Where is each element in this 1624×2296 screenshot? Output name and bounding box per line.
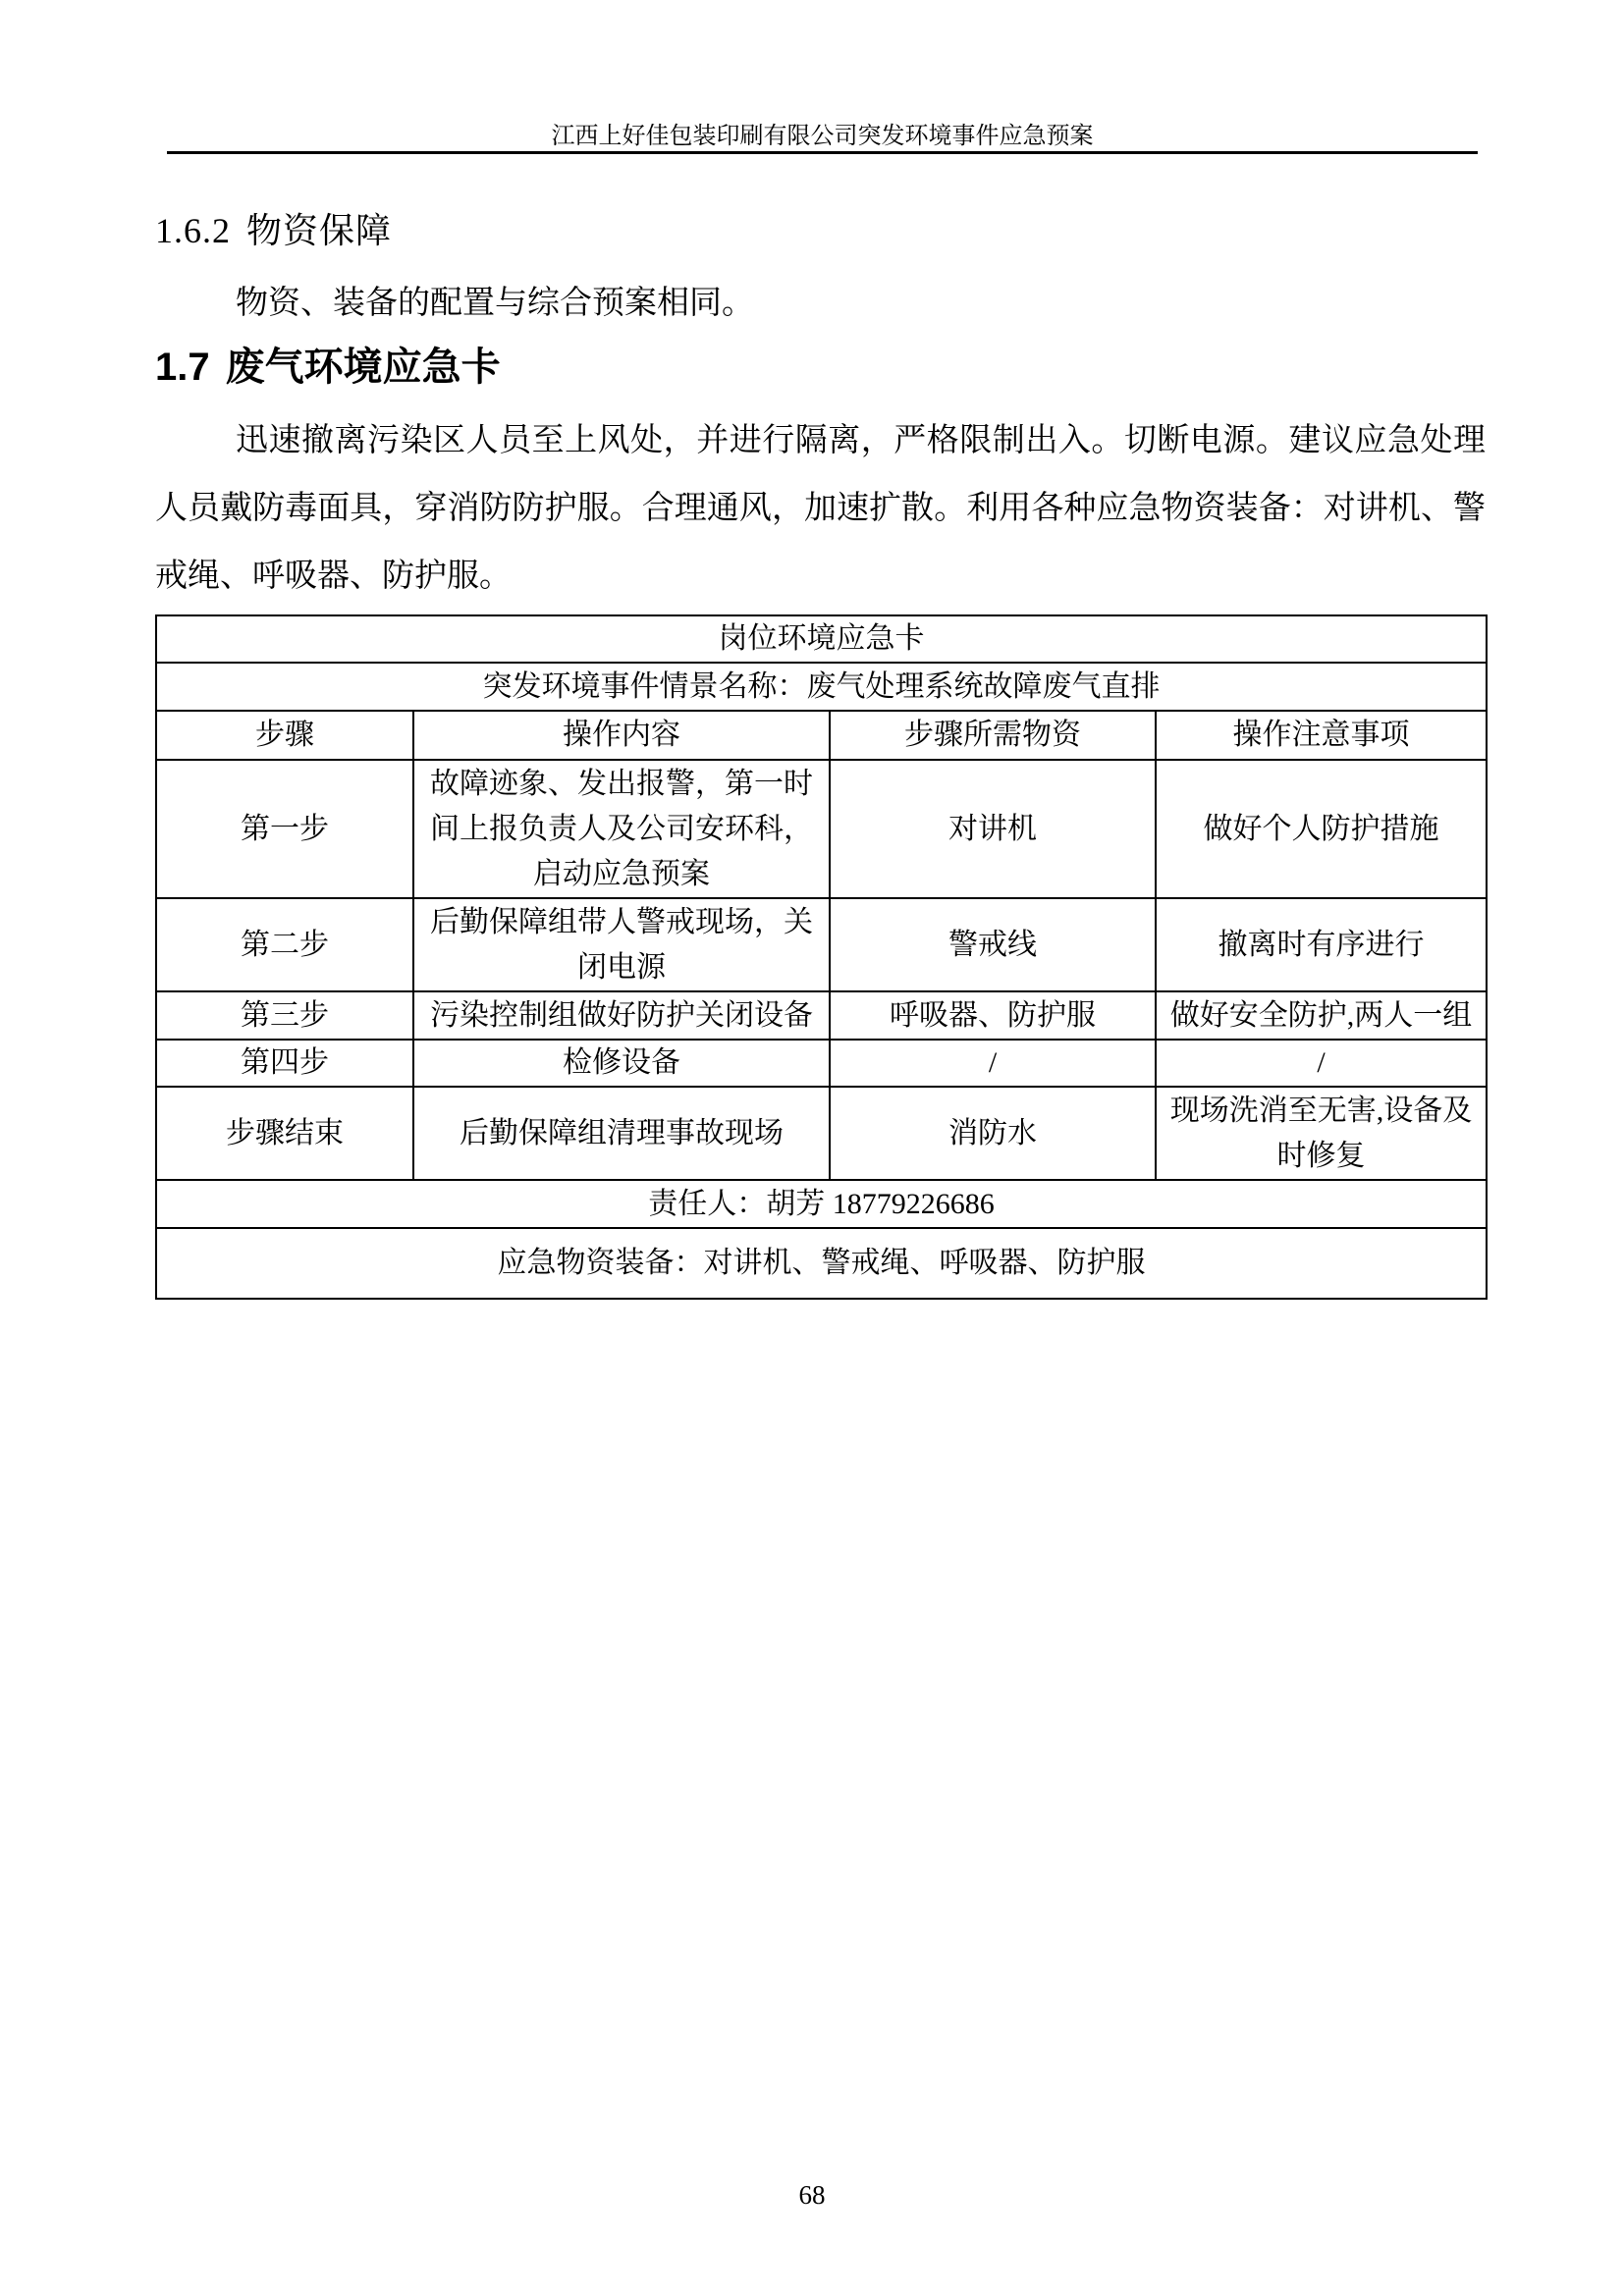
table-header-row: 步骤 操作内容 步骤所需物资 操作注意事项 — [156, 711, 1487, 760]
column-header-step: 步骤 — [156, 711, 413, 760]
table-row-step-1: 第一步 故障迹象、发出报警，第一时间上报负责人及公司安环科，启动应急预案 对讲机… — [156, 760, 1487, 898]
table-row-scenario: 突发环境事件情景名称：废气处理系统故障废气直排 — [156, 663, 1487, 711]
section-heading-1-7: 1.7废气环境应急卡 — [155, 345, 1486, 390]
step-cell: 第四步 — [156, 1040, 413, 1087]
action-cell: 故障迹象、发出报警，第一时间上报负责人及公司安环科，启动应急预案 — [413, 760, 830, 898]
notes-cell: 现场洗消至无害,设备及时修复 — [1156, 1087, 1487, 1180]
section-1-6-2-paragraph: 物资、装备的配置与综合预案相同。 — [155, 284, 1486, 323]
section-number: 1.6.2 — [155, 211, 231, 250]
table-row-step-end: 步骤结束 后勤保障组清理事故现场 消防水 现场洗消至无害,设备及时修复 — [156, 1087, 1487, 1180]
running-header: 江西上好佳包装印刷有限公司突发环境事件应急预案 — [167, 0, 1478, 154]
step-cell: 第二步 — [156, 898, 413, 991]
materials-cell: 呼吸器、防护服 — [830, 991, 1156, 1040]
step-cell: 第三步 — [156, 991, 413, 1040]
column-header-notes: 操作注意事项 — [1156, 711, 1487, 760]
step-cell: 步骤结束 — [156, 1087, 413, 1180]
column-header-materials: 步骤所需物资 — [830, 711, 1156, 760]
section-title: 物资保障 — [246, 211, 392, 250]
page-number: 68 — [0, 2179, 1624, 2211]
column-header-action: 操作内容 — [413, 711, 830, 760]
scenario-cell: 突发环境事件情景名称：废气处理系统故障废气直排 — [156, 663, 1487, 711]
action-cell: 污染控制组做好防护关闭设备 — [413, 991, 830, 1040]
section-1-7-paragraph: 迅速撤离污染区人员至上风处，并进行隔离，严格限制出入。切断电源。建议应急处理人员… — [155, 407, 1486, 611]
notes-cell: 做好个人防护措施 — [1156, 760, 1487, 898]
notes-cell: / — [1156, 1040, 1487, 1087]
materials-cell: 消防水 — [830, 1087, 1156, 1180]
table-row-step-4: 第四步 检修设备 / / — [156, 1040, 1487, 1087]
step-cell: 第一步 — [156, 760, 413, 898]
responsible-cell: 责任人：胡芳 18779226686 — [156, 1180, 1487, 1228]
page-content: 1.6.2物资保障 物资、装备的配置与综合预案相同。 1.7废气环境应急卡 迅速… — [155, 210, 1486, 1300]
table-row-card-title: 岗位环境应急卡 — [156, 615, 1487, 663]
materials-cell: / — [830, 1040, 1156, 1087]
document-page: 江西上好佳包装印刷有限公司突发环境事件应急预案 1.6.2物资保障 物资、装备的… — [0, 0, 1624, 2296]
notes-cell: 撤离时有序进行 — [1156, 898, 1487, 991]
equipment-cell: 应急物资装备：对讲机、警戒绳、呼吸器、防护服 — [156, 1228, 1487, 1299]
action-cell: 后勤保障组带人警戒现场，关闭电源 — [413, 898, 830, 991]
materials-cell: 对讲机 — [830, 760, 1156, 898]
table-row-step-2: 第二步 后勤保障组带人警戒现场，关闭电源 警戒线 撤离时有序进行 — [156, 898, 1487, 991]
table-row-equipment: 应急物资装备：对讲机、警戒绳、呼吸器、防护服 — [156, 1228, 1487, 1299]
table-row-responsible: 责任人：胡芳 18779226686 — [156, 1180, 1487, 1228]
action-cell: 检修设备 — [413, 1040, 830, 1087]
notes-cell: 做好安全防护,两人一组 — [1156, 991, 1487, 1040]
emergency-card-table: 岗位环境应急卡 突发环境事件情景名称：废气处理系统故障废气直排 步骤 操作内容 … — [155, 614, 1488, 1300]
section-number: 1.7 — [155, 346, 210, 389]
section-heading-1-6-2: 1.6.2物资保障 — [155, 210, 1486, 251]
running-header-title: 江西上好佳包装印刷有限公司突发环境事件应急预案 — [552, 124, 1094, 149]
materials-cell: 警戒线 — [830, 898, 1156, 991]
action-cell: 后勤保障组清理事故现场 — [413, 1087, 830, 1180]
table-row-step-3: 第三步 污染控制组做好防护关闭设备 呼吸器、防护服 做好安全防护,两人一组 — [156, 991, 1487, 1040]
card-title-cell: 岗位环境应急卡 — [156, 615, 1487, 663]
section-title: 废气环境应急卡 — [226, 346, 501, 389]
